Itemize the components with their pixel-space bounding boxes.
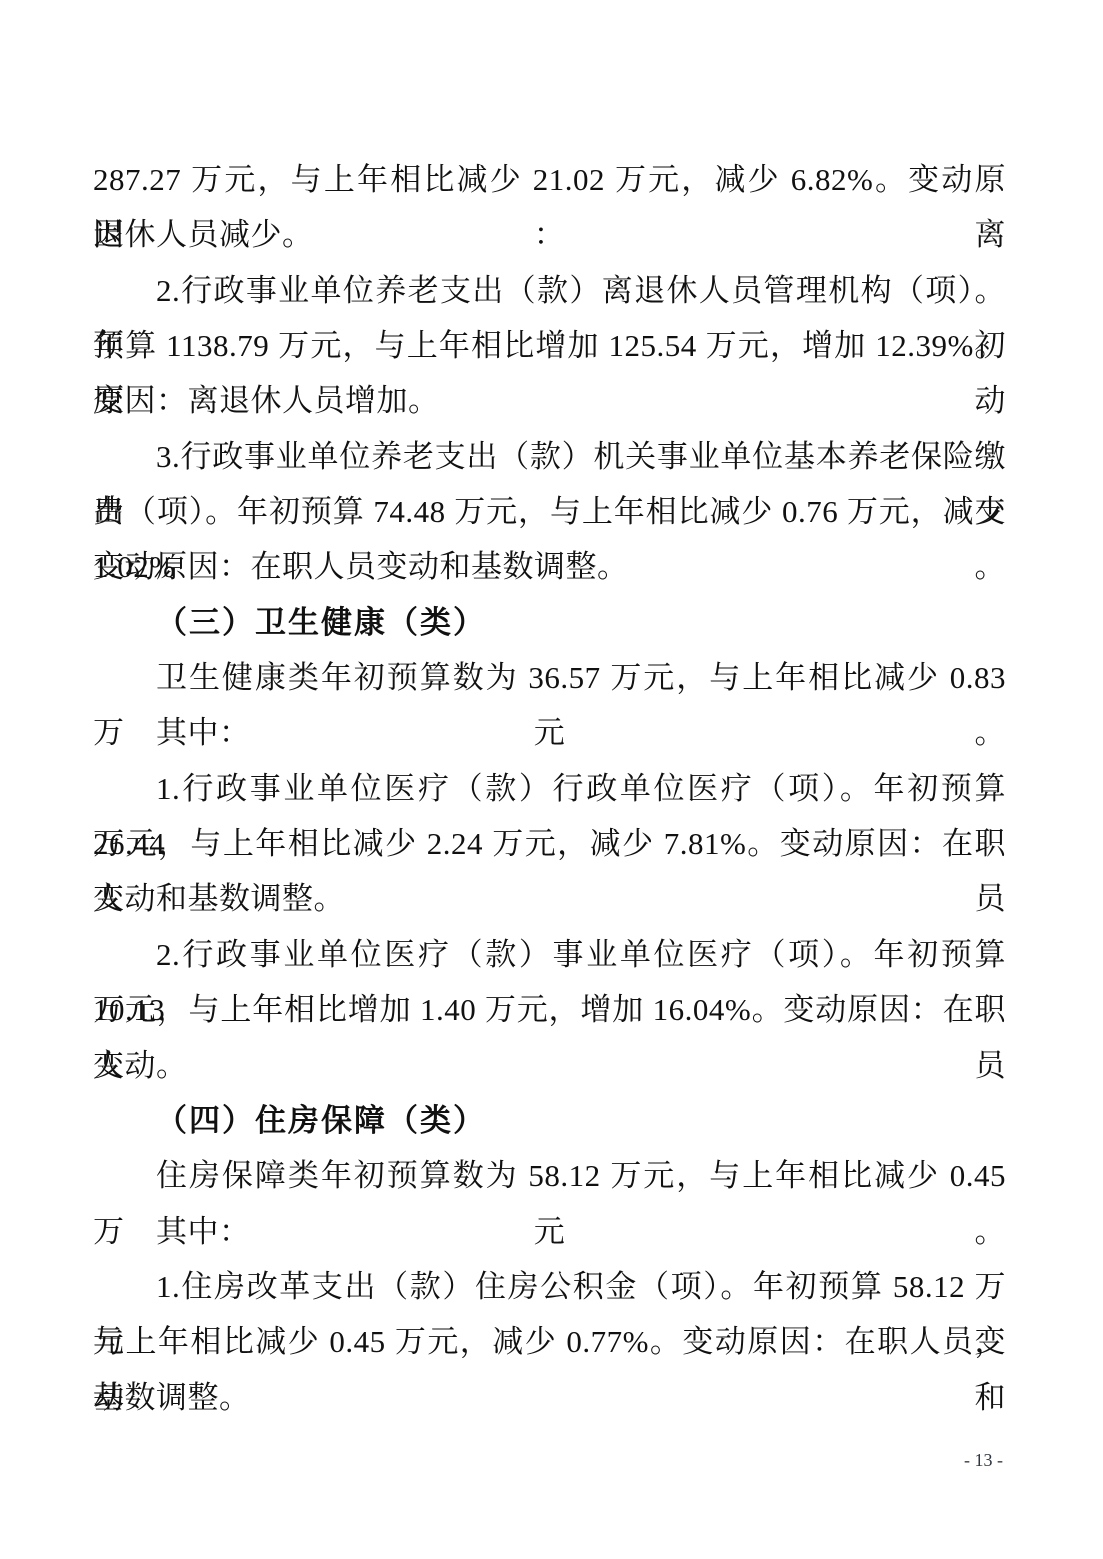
text-line: 1.住房改革支出（款）住房公积金（项）。年初预算 58.12 万元，: [93, 1259, 1006, 1314]
text-line: 万元，与上年相比减少 2.24 万元，减少 7.81%。变动原因：在职人员: [93, 816, 1006, 871]
text-line: 3.行政事业单位养老支出（款）机关事业单位基本养老保险缴费支: [93, 429, 1006, 484]
text-line: 2.行政事业单位医疗（款）事业单位医疗（项）。年初预算 10.13: [93, 927, 1006, 982]
text-line: 卫生健康类年初预算数为 36.57 万元，与上年相比减少 0.83 万元。: [93, 650, 1006, 705]
section-heading: （三）卫生健康（类）: [93, 595, 1006, 650]
text-line: 住房保障类年初预算数为 58.12 万元，与上年相比减少 0.45 万元。: [93, 1148, 1006, 1203]
text-line: 287.27 万元，与上年相比减少 21.02 万元，减少 6.82%。变动原因…: [93, 152, 1006, 207]
text-line: 1.行政事业单位医疗（款）行政单位医疗（项）。年初预算 26.44: [93, 761, 1006, 816]
text-line: 出（项）。年初预算 74.48 万元，与上年相比减少 0.76 万元，减少 1.…: [93, 484, 1006, 539]
document-body: 287.27 万元，与上年相比减少 21.02 万元，减少 6.82%。变动原因…: [93, 152, 1006, 1425]
document-page: 287.27 万元，与上年相比减少 21.02 万元，减少 6.82%。变动原因…: [0, 0, 1103, 1559]
page-number: - 13 -: [964, 1448, 1003, 1472]
text-line: 与上年相比减少 0.45 万元，减少 0.77%。变动原因：在职人员变动和: [93, 1314, 1006, 1369]
section-heading: （四）住房保障（类）: [93, 1093, 1006, 1148]
text-line: 2.行政事业单位养老支出（款）离退休人员管理机构（项）。年初: [93, 263, 1006, 318]
text-line: 预算 1138.79 万元，与上年相比增加 125.54 万元，增加 12.39…: [93, 318, 1006, 373]
text-line: 万元，与上年相比增加 1.40 万元，增加 16.04%。变动原因：在职人员: [93, 982, 1006, 1037]
